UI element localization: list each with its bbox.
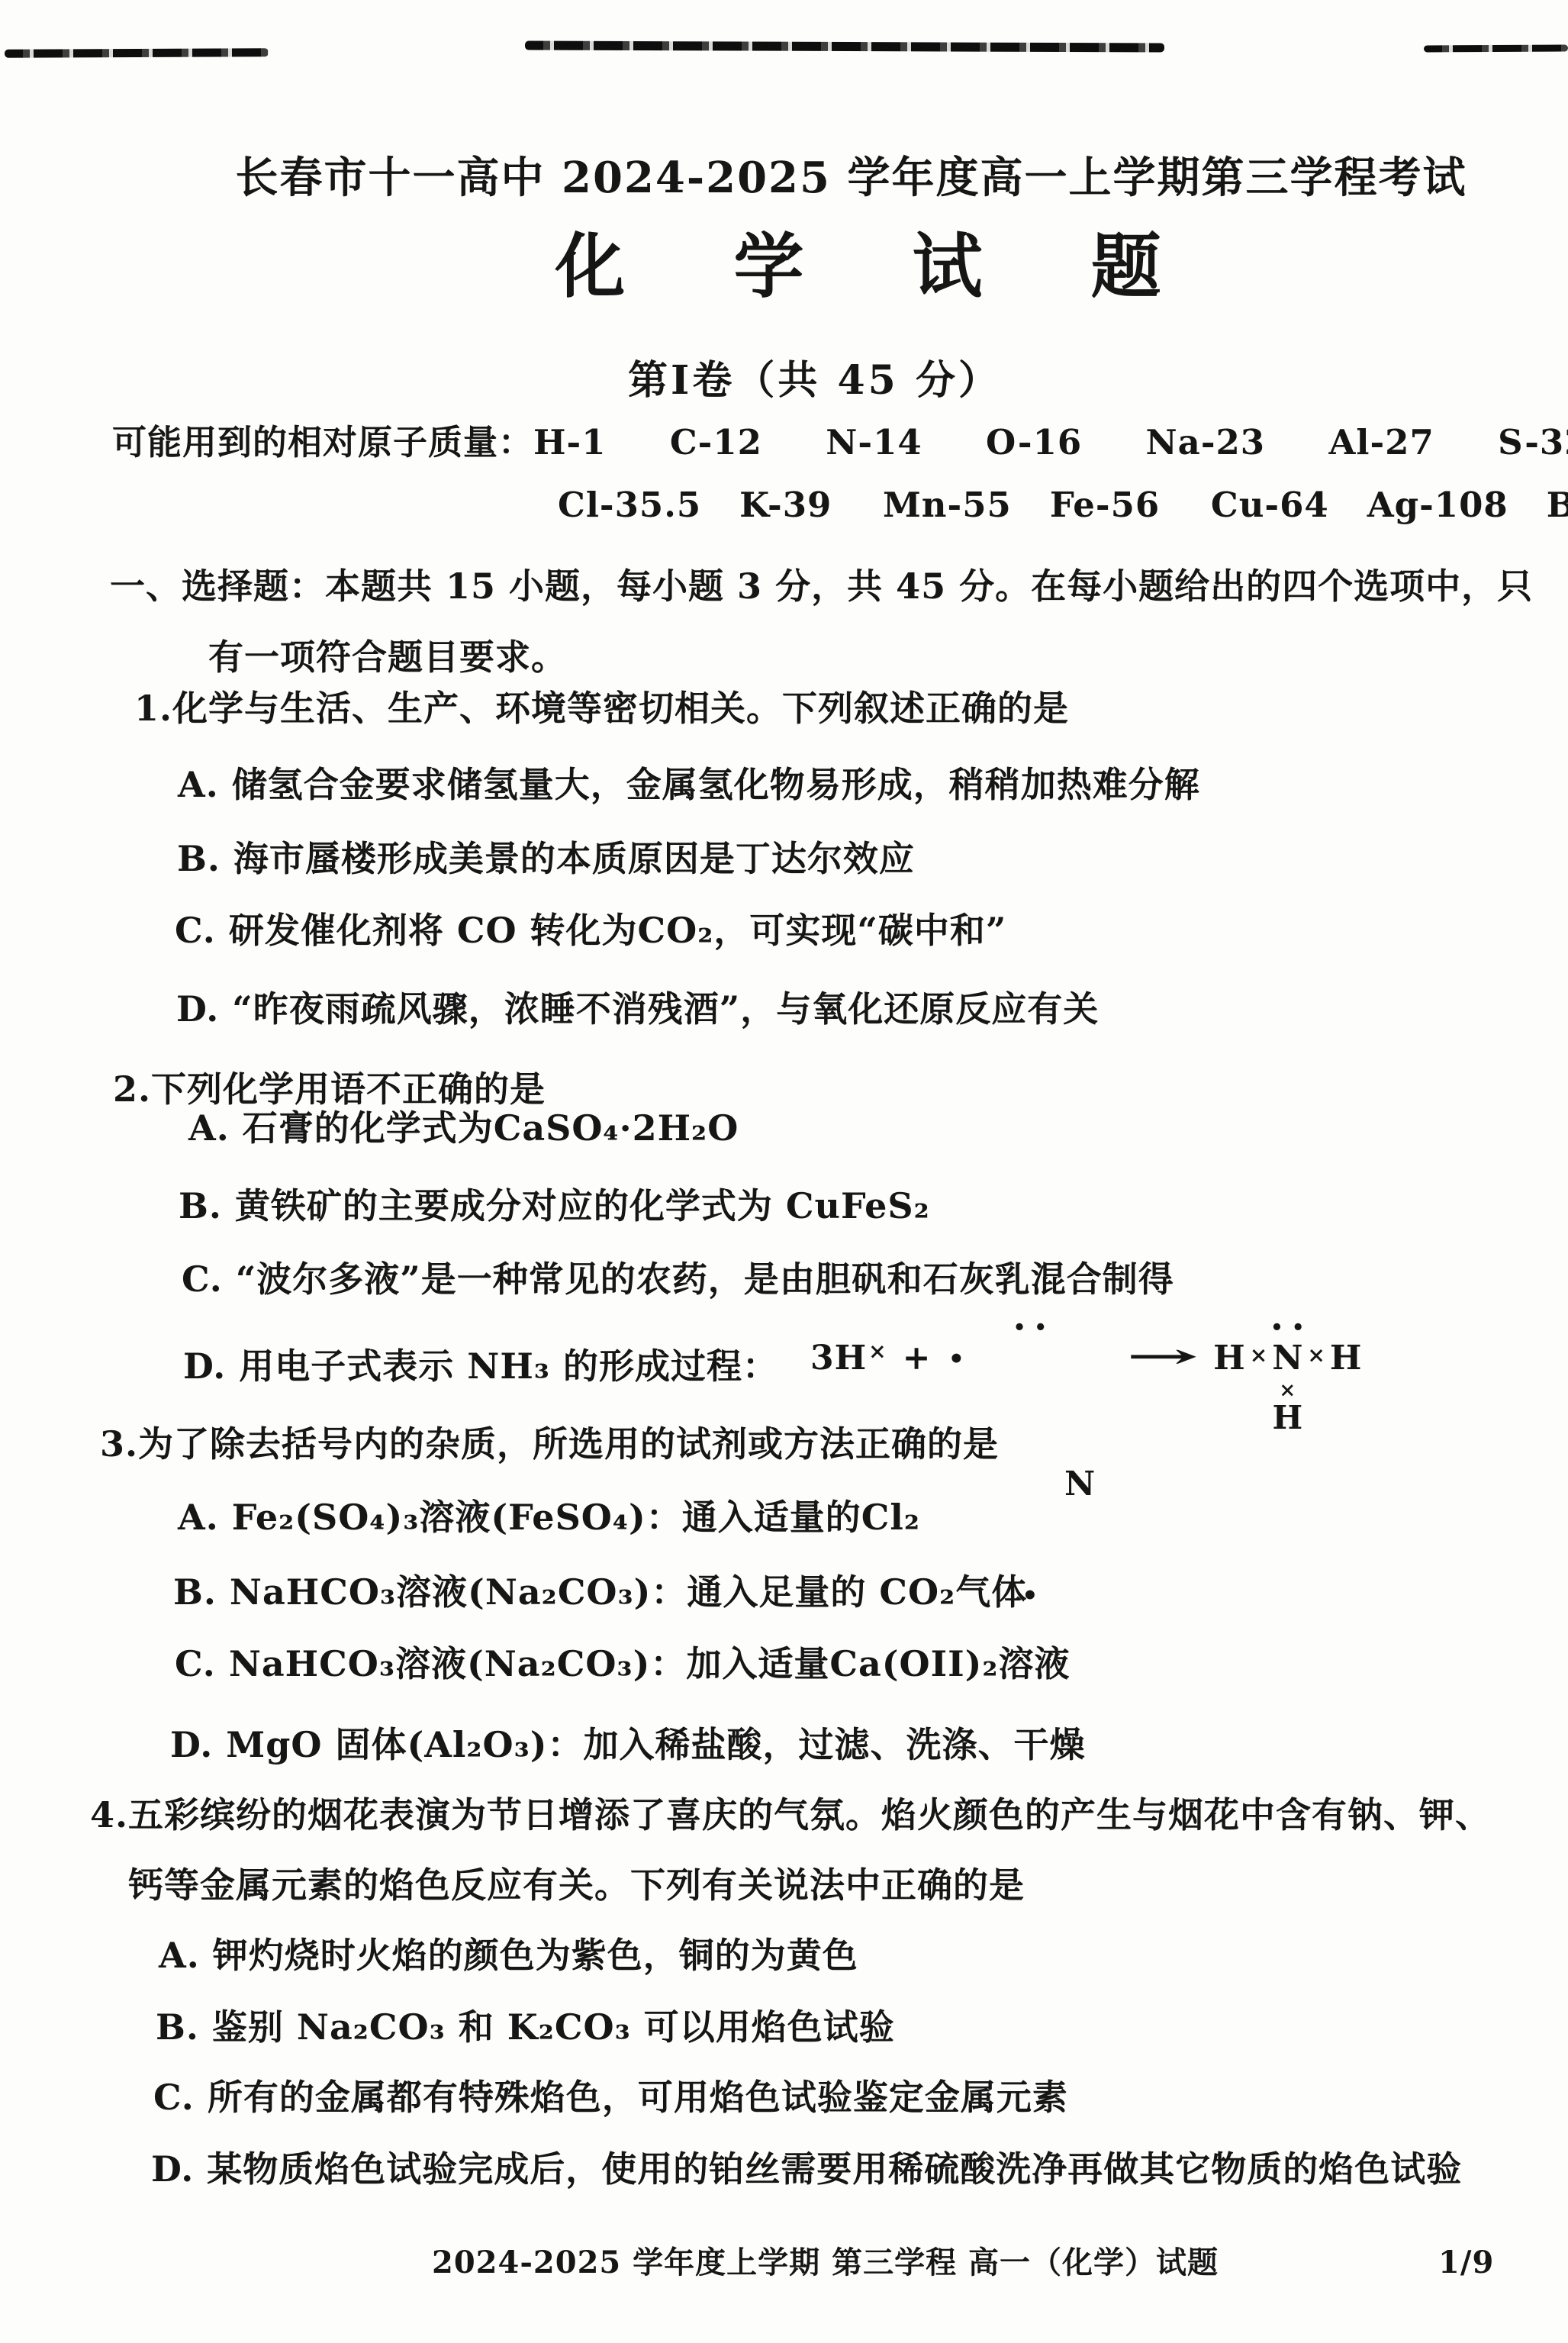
question-4-stem-line-1: 4.五彩缤纷的烟花表演为节日增添了喜庆的气氛。焰火颜色的产生与烟花中含有钠、钾、: [90, 1794, 1491, 1838]
question-1-option-d: D. “昨夜雨疏风骤，浓睡不消残酒”，与氧化还原反应有关: [176, 988, 1099, 1032]
question-2-option-b: B. 黄铁矿的主要成分对应的化学式为 CuFeS₂: [179, 1184, 930, 1229]
nitrogen-product: • •N×H: [1272, 1337, 1303, 1379]
bond-x-right: ×: [1307, 1342, 1325, 1368]
nitrogen-symbol-product: N: [1272, 1339, 1303, 1378]
exam-subtitle: 化 学 试 题: [84, 223, 1568, 311]
electron-x-mark: ×: [868, 1339, 887, 1364]
question-4-stem-line-2: 钙等金属元素的焰色反应有关。下列有关说法中正确的是: [128, 1864, 1025, 1908]
page-footer: 2024-2025 学年度上学期 第三学程 高一（化学）试题: [432, 2244, 1219, 2282]
exam-title: 长春市十一高中 2024-2025 学年度高一上学期第三学程考试: [67, 151, 1568, 205]
section-instructions-line-2: 有一项符合题目要求。: [208, 636, 567, 680]
atomic-masses-line-1: 可能用到的相对原子质量：H-1 C-12 N-14 O-16 Na-23 Al-…: [112, 421, 1568, 464]
question-3-option-b: B. NaHCO₃溶液(Na₂CO₃)：通入足量的 CO₂气体: [173, 1571, 1027, 1615]
question-3-option-d: D. MgO 固体(Al₂O₃)：加入稀盐酸，过滤、洗涤、干燥: [170, 1723, 1086, 1768]
hydrogen-right: H: [1330, 1337, 1363, 1379]
question-1-option-a: A. 储氢合金要求储氢量大，金属氢化物易形成，稍稍加热难分解: [178, 763, 1200, 807]
question-1-option-b: B. 海市蜃楼形成美景的本质原因是丁达尔效应: [177, 837, 915, 881]
hydrogen-count: 3H: [810, 1339, 867, 1378]
hydrogen-left: H: [1213, 1337, 1246, 1379]
question-4-option-b: B. 鉴别 Na₂CO₃ 和 K₂CO₃ 可以用焰色试验: [156, 2006, 895, 2050]
bond-x-left: ×: [1250, 1342, 1268, 1368]
electron-pair-dots-product: • •: [1270, 1316, 1305, 1341]
part-heading: 第Ⅰ卷（共 45 分）: [31, 356, 1568, 405]
scan-artifact-right: [1424, 45, 1568, 53]
question-3-option-a: A. Fe₂(SO₄)₃溶液(FeSO₄)：通入适量的Cl₂: [178, 1496, 920, 1540]
question-2-option-c: C. “波尔多液”是一种常见的农药，是由胆矾和石灰乳混合制得: [182, 1258, 1174, 1302]
question-4-option-d: D. 某物质焰色试验完成后，使用的铂丝需要用稀硫酸洗净再做其它物质的焰色试验: [151, 2148, 1462, 2192]
section-instructions-line-1: 一、选择题：本题共 15 小题，每小题 3 分，共 45 分。在每小题给出的四个…: [110, 565, 1533, 609]
scan-artifact-middle: [525, 41, 1164, 53]
hydrogen-reactant: 3H×: [810, 1337, 887, 1379]
question-2-stem: 2.下列化学用语不正确的是: [113, 1068, 546, 1112]
ammonia-product: H×• •N×H×H: [1213, 1337, 1362, 1379]
question-2-option-d-lead: D. 用电子式表示 NH₃ 的形成过程：: [183, 1345, 778, 1389]
question-2-option-d: D. 用电子式表示 NH₃ 的形成过程： 3H× + • • • N • → H…: [183, 1345, 1362, 1597]
question-3-stem: 3.为了除去括号内的杂质，所选用的试剂或方法正确的是: [100, 1423, 999, 1467]
plus-sign: +: [903, 1337, 932, 1379]
scan-artifact-left: [5, 48, 269, 58]
electron-pair-dots: • •: [1013, 1316, 1048, 1341]
question-2-option-a: A. 石膏的化学式为CaSO₄·2H₂O: [188, 1107, 739, 1151]
exam-page: 长春市十一高中 2024-2025 学年度高一上学期第三学程考试 化 学 试 题…: [0, 0, 1568, 2343]
question-4-option-c: C. 所有的金属都有特殊焰色，可用焰色试验鉴定金属元素: [153, 2076, 1068, 2120]
nitrogen-symbol: N: [1064, 1465, 1096, 1503]
question-1-stem: 1.化学与生活、生产、环境等密切相关。下列叙述正确的是: [134, 687, 1069, 731]
reaction-arrow: →: [1126, 1336, 1201, 1378]
hydrogen-below: H: [1272, 1398, 1303, 1439]
electron-dot-left: •: [948, 1343, 966, 1376]
page-number: 1/9: [1438, 2244, 1494, 2282]
atomic-masses-line-2: Cl-35.5 K-39 Mn-55 Fe-56 Cu-64 Ag-108 Ba…: [558, 484, 1568, 527]
question-1-option-c: C. 研发催化剂将 CO 转化为CO₂，可实现“碳中和”: [175, 909, 1006, 953]
question-4-option-a: A. 钾灼烧时火焰的颜色为紫色，铜的为黄色: [159, 1934, 858, 1978]
question-3-option-c: C. NaHCO₃溶液(Na₂CO₃)：加入适量Ca(OII)₂溶液: [175, 1642, 1071, 1687]
